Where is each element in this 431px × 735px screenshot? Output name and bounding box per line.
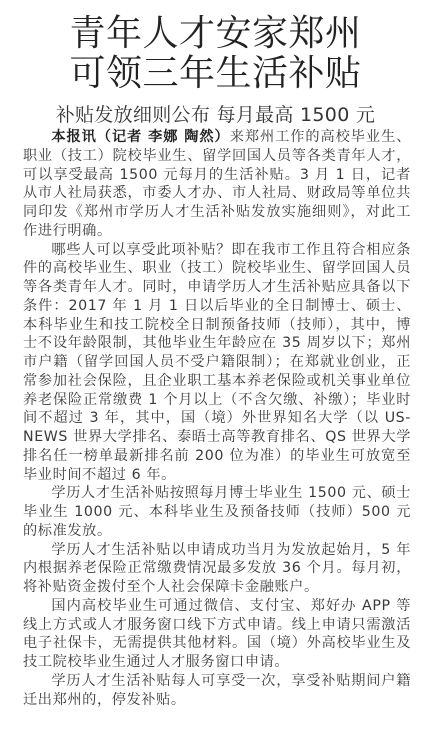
article-body: 本报讯（记者 李娜 陶然）来郑州工作的高校毕业生、职业（技工）院校毕业生、留学回… bbox=[23, 128, 411, 709]
news-article: 青年人才安家郑州 可领三年生活补贴 补贴发放细则公布 每月最高 1500 元 本… bbox=[0, 0, 431, 128]
headline-line-1: 青年人才安家郑州 bbox=[0, 14, 431, 54]
paragraph-application: 国内高校毕业生可通过微信、支付宝、郑好办 APP 等线上方式或人才服务窗口线下方… bbox=[23, 597, 411, 672]
subheadline: 补贴发放细则公布 每月最高 1500 元 bbox=[0, 102, 431, 128]
lead-text: 来郑州工作的高校毕业生、职业（技工）院校毕业生、留学回国人员等各类青年人才，可以… bbox=[23, 129, 411, 239]
paragraph-eligibility: 哪些人可以享受此项补贴？即在我市工作且符合相应条件的高校毕业生、职业（技工）院校… bbox=[23, 241, 411, 485]
byline: 本报讯（记者 李娜 陶然） bbox=[51, 129, 229, 145]
headline: 青年人才安家郑州 可领三年生活补贴 bbox=[0, 0, 431, 94]
paragraph-lead: 本报讯（记者 李娜 陶然）来郑州工作的高校毕业生、职业（技工）院校毕业生、留学回… bbox=[23, 128, 411, 241]
headline-line-2: 可领三年生活补贴 bbox=[0, 54, 431, 94]
paragraph-limits: 学历人才生活补贴每人可享受一次，享受补贴期间户籍迁出郑州的，停发补贴。 bbox=[23, 672, 411, 710]
paragraph-duration: 学历人才生活补贴以申请成功当月为发放起始月，5 年内根据养老保险正常缴费情况最多… bbox=[23, 541, 411, 597]
paragraph-standards: 学历人才生活补贴按照每月博士毕业生 1500 元、硕士毕业生 1000 元、本科… bbox=[23, 484, 411, 540]
